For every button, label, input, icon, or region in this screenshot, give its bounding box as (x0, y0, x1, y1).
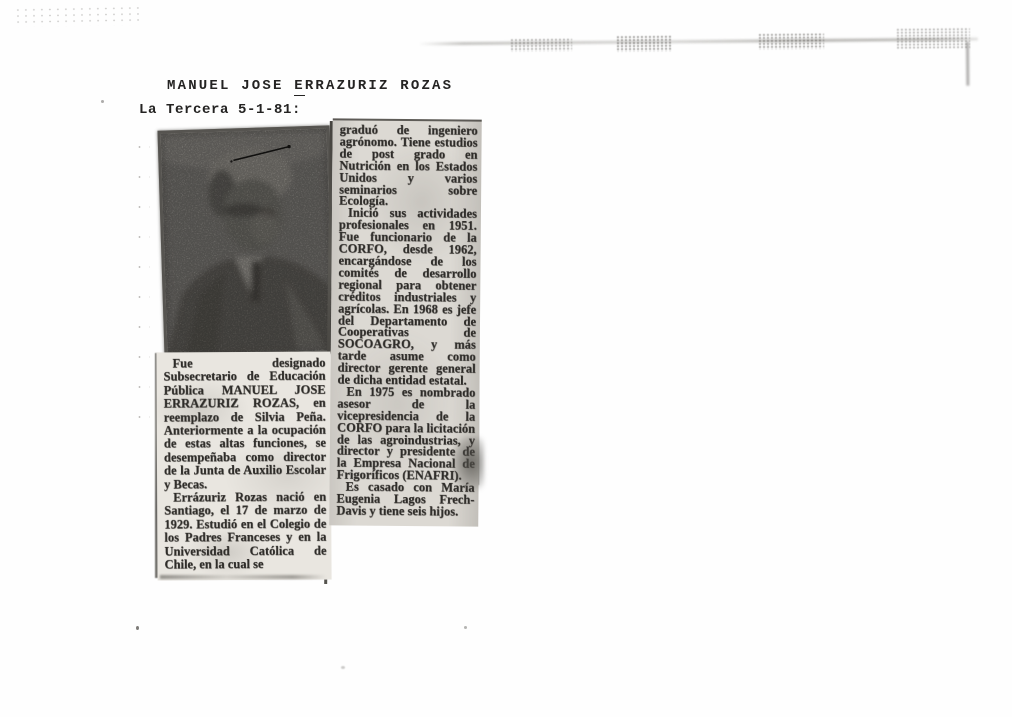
portrait-photo-image (161, 128, 334, 355)
portrait-photo (157, 125, 336, 358)
clipping-torn-bottom-edge (160, 575, 326, 579)
article-paragraph: Errázuriz Rozas nació en Santiago, el 17… (164, 491, 326, 572)
scanned-page: MANUEL JOSE ERRAZURIZ ROZAS La Tercera 5… (0, 0, 1012, 717)
newspaper-clipping: Fue designado Subsecretario de Educación… (0, 0, 1012, 717)
article-paragraph: graduó de ingeniero agrónomo. Tiene estu… (339, 124, 478, 209)
left-column: Fue designado Subsecretario de Educación… (156, 352, 331, 580)
scan-blotch-bottom-right (452, 436, 484, 490)
article-paragraph: Fue designado Subsecretario de Educación… (163, 357, 326, 492)
photo-grain-overlay (161, 128, 334, 355)
article-paragraph: Inició sus actividades profesionales en … (337, 208, 477, 388)
